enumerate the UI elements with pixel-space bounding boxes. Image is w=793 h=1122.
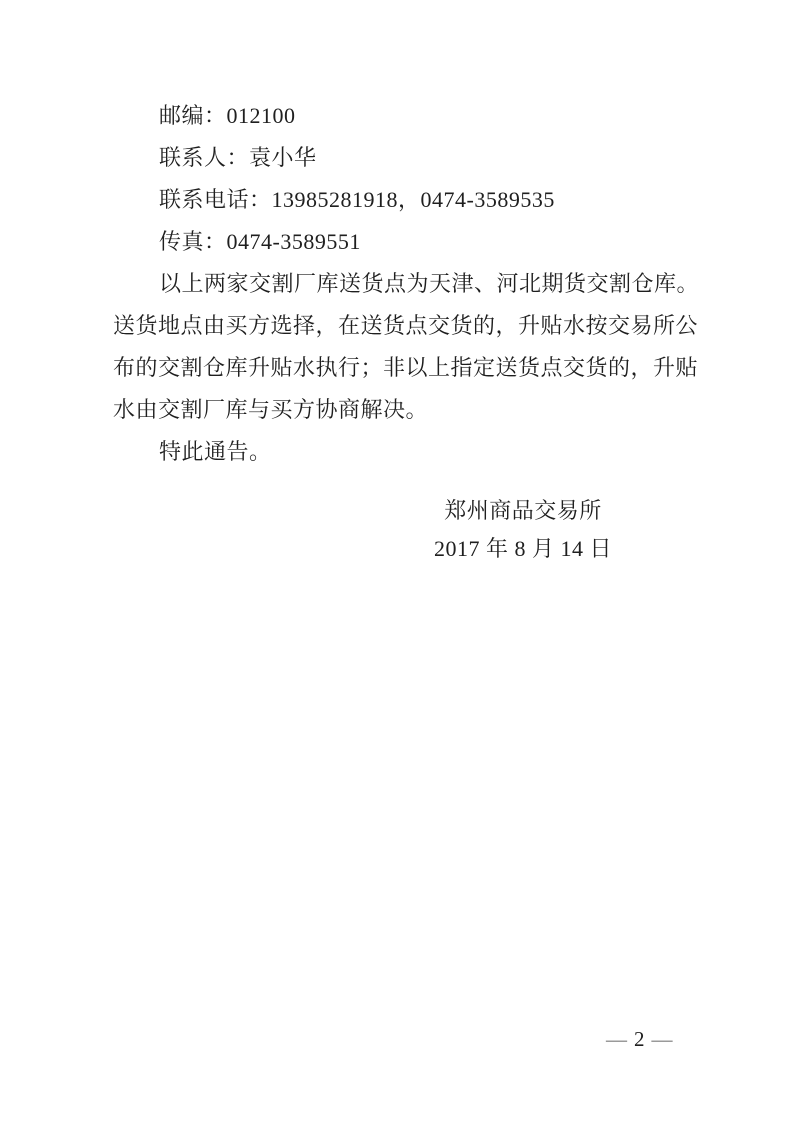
page-number-value: 2 <box>634 1026 645 1052</box>
page-number: — 2 — <box>606 1026 673 1052</box>
body-paragraph-line: 水由交割厂库与买方协商解决。 <box>113 389 693 431</box>
page-number-left-dash: — <box>606 1026 627 1052</box>
fax-line: 传真：0474-3589551 <box>113 221 693 263</box>
body-paragraph-line: 以上两家交割厂库送货点为天津、河北期货交割仓库。 <box>113 263 693 305</box>
phone-line: 联系电话：13985281918，0474-3589535 <box>113 179 693 221</box>
postal-code-line: 邮编：012100 <box>113 95 693 137</box>
signature-block: 郑州商品交易所 2017 年 8 月 14 日 <box>434 492 612 568</box>
body-paragraph-line: 送货地点由买方选择，在送货点交货的，升贴水按交易所公 <box>113 305 693 347</box>
document-page: 邮编：012100 联系人：袁小华 联系电话：13985281918，0474-… <box>0 0 793 1122</box>
closing-line: 特此通告。 <box>113 431 693 473</box>
signature-organization: 郑州商品交易所 <box>434 492 612 530</box>
signature-date: 2017 年 8 月 14 日 <box>434 530 612 568</box>
document-body: 邮编：012100 联系人：袁小华 联系电话：13985281918，0474-… <box>113 95 693 473</box>
page-number-right-dash: — <box>652 1026 673 1052</box>
contact-person-line: 联系人：袁小华 <box>113 137 693 179</box>
body-paragraph-line: 布的交割仓库升贴水执行；非以上指定送货点交货的，升贴 <box>113 347 693 389</box>
